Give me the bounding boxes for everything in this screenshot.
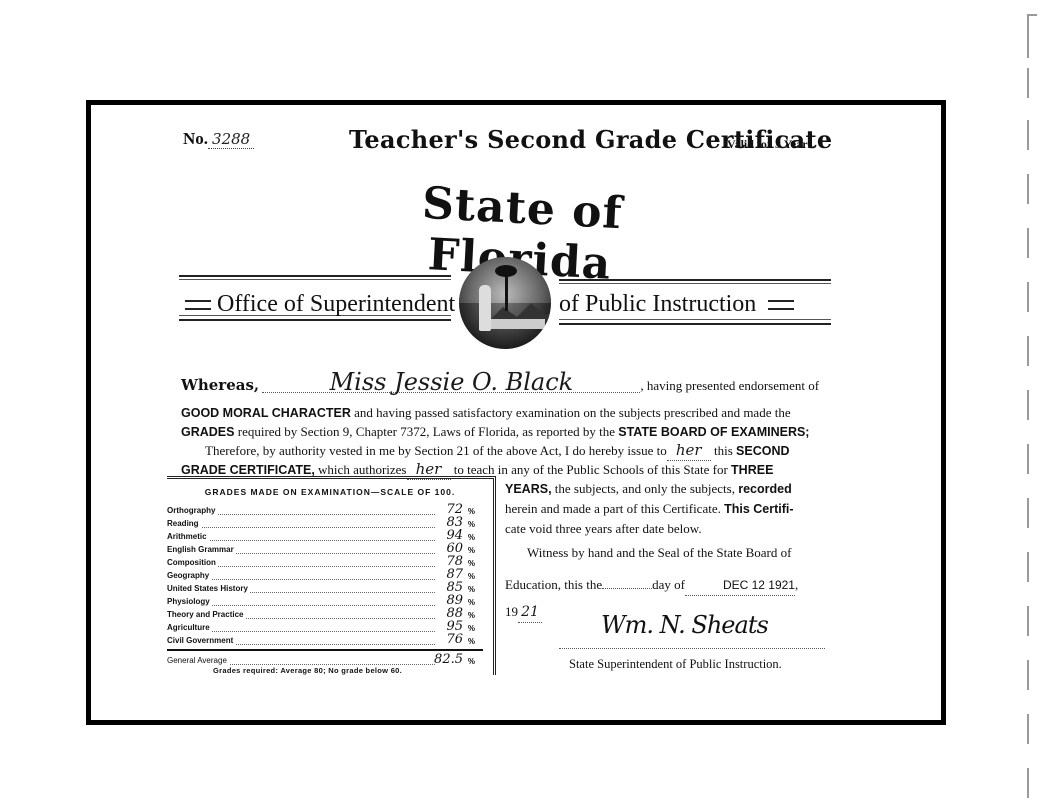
year-line: 1921 bbox=[505, 602, 542, 623]
scan-margin-mark bbox=[1027, 768, 1029, 798]
subject-name: Theory and Practice bbox=[167, 610, 245, 619]
body-line-2: GOOD MORAL CHARACTER and having passed s… bbox=[181, 403, 841, 423]
good-moral-character: GOOD MORAL CHARACTER bbox=[181, 406, 351, 420]
percent-sign: % bbox=[468, 507, 475, 516]
number-label: No. bbox=[183, 129, 208, 148]
body-text: Education, this the bbox=[505, 577, 602, 592]
subject-name: United States History bbox=[167, 584, 250, 593]
grade-row: United States History 85% bbox=[167, 583, 475, 596]
grades-table: GRADES MADE ON EXAMINATION—SCALE OF 100.… bbox=[167, 476, 496, 675]
percent-sign: % bbox=[468, 559, 475, 568]
scan-margin-mark bbox=[1027, 606, 1029, 636]
percent-sign: % bbox=[468, 572, 475, 581]
body-text: , having presented endorsement of bbox=[640, 378, 819, 393]
grade-certificate-word: GRADE CERTIFICATE, bbox=[181, 463, 315, 477]
grade-row: Theory and Practice 88% bbox=[167, 609, 475, 622]
recipient-name: Miss Jessie O. Black bbox=[262, 373, 640, 393]
scan-margin-mark bbox=[1027, 444, 1029, 474]
body-text: to teach in any of the Public Schools of… bbox=[451, 462, 732, 477]
grade-row: Arithmetic 94% bbox=[167, 531, 475, 544]
certificate-frame: No.3288 Teacher's Second Grade Certifica… bbox=[86, 100, 946, 725]
office-right: of Public Instruction bbox=[559, 291, 800, 318]
day-fill bbox=[602, 588, 652, 589]
subject-name: Physiology bbox=[167, 597, 212, 606]
grade-row: Physiology 89% bbox=[167, 596, 475, 609]
office-right-text: of Public Instruction bbox=[559, 291, 756, 317]
number-value: 3288 bbox=[208, 130, 254, 149]
percent-sign: % bbox=[468, 520, 475, 529]
double-dash-ornament bbox=[768, 300, 794, 310]
grade-value: 76 bbox=[433, 632, 463, 647]
subject-name: English Grammar bbox=[167, 545, 236, 554]
subject-name: Geography bbox=[167, 571, 211, 580]
grades-heading: GRADES MADE ON EXAMINATION—SCALE OF 100. bbox=[167, 487, 493, 497]
percent-sign: % bbox=[468, 533, 475, 542]
grade-row: English Grammar 60% bbox=[167, 544, 475, 557]
double-dash-ornament bbox=[185, 300, 211, 310]
percent-sign: % bbox=[468, 637, 475, 646]
percent-sign: % bbox=[468, 611, 475, 620]
three-word: THREE bbox=[731, 463, 773, 477]
body-text: required by Section 9, Chapter 7372, Law… bbox=[234, 424, 618, 439]
grade-row: Geography 87% bbox=[167, 570, 475, 583]
scan-margin-mark bbox=[1027, 282, 1029, 312]
this-certificate-word: This Certifi- bbox=[724, 502, 793, 516]
office-left-text: Office of Superintendent bbox=[217, 291, 455, 317]
date-line: Education, this theday ofDEC 12 1921, bbox=[505, 575, 798, 596]
body-text: day of bbox=[652, 577, 685, 592]
percent-sign: % bbox=[468, 598, 475, 607]
date-stamp: DEC 12 1921 bbox=[685, 576, 795, 596]
signature-line bbox=[559, 648, 825, 649]
state-seal-icon bbox=[459, 257, 551, 349]
validity-note: Valid for 3 Years. bbox=[727, 137, 815, 152]
average-value: 82.5 bbox=[433, 652, 463, 667]
state-board-of-examiners: STATE BOARD OF EXAMINERS; bbox=[618, 425, 809, 439]
scan-margin-mark bbox=[1027, 68, 1029, 98]
superintendent-signature: Wm. N. Sheats bbox=[601, 611, 768, 639]
percent-sign: % bbox=[468, 657, 475, 666]
scan-margin-mark bbox=[1027, 390, 1029, 420]
scan-margin-mark bbox=[1027, 228, 1029, 258]
witness-line: Witness by hand and the Seal of the Stat… bbox=[527, 543, 791, 562]
subject-name: Agriculture bbox=[167, 623, 212, 632]
body-text: herein and made a part of this Certifica… bbox=[505, 501, 724, 516]
year-fill: 21 bbox=[518, 603, 542, 623]
grade-row: Civil Government 76% bbox=[167, 635, 475, 648]
percent-sign: % bbox=[468, 624, 475, 633]
body-text: the subjects, and only the subjects, bbox=[552, 481, 739, 496]
scan-margin-mark bbox=[1027, 14, 1037, 58]
scan-margin-mark bbox=[1027, 660, 1029, 690]
office-left: Office of Superintendent bbox=[179, 291, 455, 318]
second-word: SECOND bbox=[736, 444, 789, 458]
validity-paragraph: YEARS, the subjects, and only the subjec… bbox=[505, 479, 831, 538]
body-text: and having passed satisfactory examinati… bbox=[351, 405, 791, 420]
grades-word: GRADES bbox=[181, 425, 234, 439]
scan-margin-mark bbox=[1027, 552, 1029, 582]
subject-name: Arithmetic bbox=[167, 532, 209, 541]
body-line-4: Therefore, by authority vested in me by … bbox=[205, 441, 845, 461]
grade-row: Composition 78% bbox=[167, 557, 475, 570]
percent-sign: % bbox=[468, 585, 475, 594]
subject-name: Reading bbox=[167, 519, 201, 528]
body-line-3: GRADES required by Section 9, Chapter 73… bbox=[181, 422, 841, 442]
grade-row: Reading 83% bbox=[167, 518, 475, 531]
body-text: this bbox=[711, 443, 736, 458]
pronoun-fill: her bbox=[667, 441, 711, 461]
scan-margin-mark bbox=[1027, 498, 1029, 528]
subject-name: Civil Government bbox=[167, 636, 235, 645]
grade-row: Orthography 72% bbox=[167, 505, 475, 518]
grades-requirements: Grades required: Average 80; No grade be… bbox=[213, 666, 402, 675]
recorded-word: recorded bbox=[738, 482, 792, 496]
years-word: YEARS, bbox=[505, 482, 552, 496]
subject-name: Orthography bbox=[167, 506, 217, 515]
percent-sign: % bbox=[468, 546, 475, 555]
scan-margin-mark bbox=[1027, 120, 1029, 150]
subject-name: Composition bbox=[167, 558, 218, 567]
scan-margin-mark bbox=[1027, 174, 1029, 204]
grade-row: Agriculture 95% bbox=[167, 622, 475, 635]
average-label: General Average bbox=[167, 656, 229, 665]
whereas-label: Whereas, bbox=[181, 376, 259, 394]
certificate-number: No.3288 bbox=[183, 129, 254, 149]
body-text: which authorizes bbox=[315, 462, 407, 477]
signatory-title: State Superintendent of Public Instructi… bbox=[569, 655, 782, 674]
grades-divider bbox=[167, 649, 483, 651]
body-text: cate void three years after date below. bbox=[505, 519, 831, 538]
scan-margin-mark bbox=[1027, 714, 1029, 744]
body-text: Therefore, by authority vested in me by … bbox=[205, 443, 667, 458]
whereas-line: Whereas, Miss Jessie O. Black, having pr… bbox=[181, 373, 833, 395]
year-prefix: 19 bbox=[505, 604, 518, 619]
scan-margin-mark bbox=[1027, 336, 1029, 366]
